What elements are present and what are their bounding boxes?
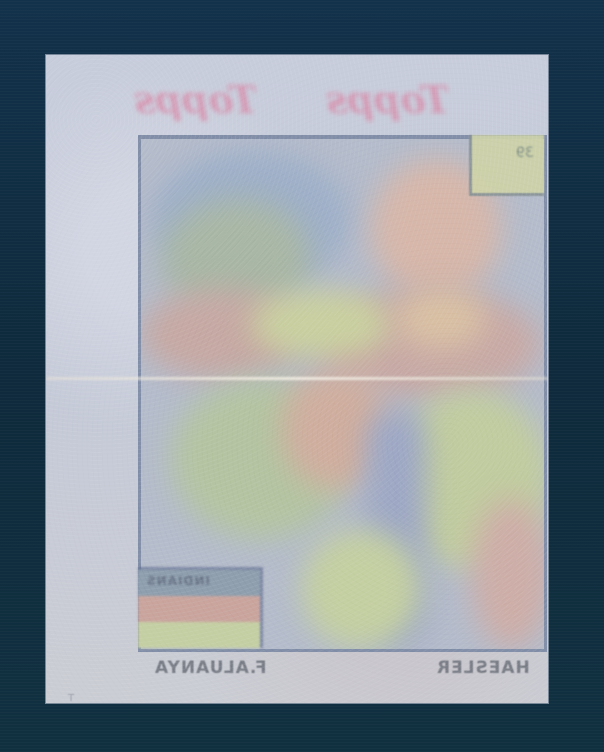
footnote-mark: T xyxy=(68,693,74,703)
card-number: 39 xyxy=(516,145,534,161)
card-back: Topps Topps 39 INDIANS F.ALUANYA HAESLER… xyxy=(46,55,548,703)
team-flag: INDIANS xyxy=(138,567,263,648)
player-name-right: HAESLER xyxy=(436,658,530,678)
brand-logo-right: Topps xyxy=(326,77,450,123)
brand-logo-left: Topps xyxy=(134,77,258,123)
player-name-left: F.ALUANYA xyxy=(154,658,266,678)
fold-crease xyxy=(46,377,548,380)
team-label: INDIANS xyxy=(146,574,210,588)
card-number-box: 39 xyxy=(469,135,544,196)
